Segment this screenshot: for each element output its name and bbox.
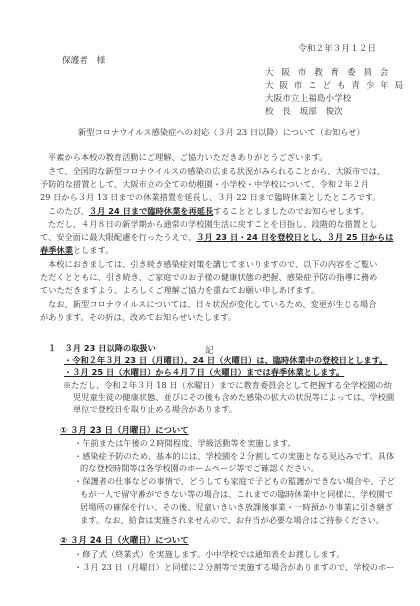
body-paragraph-5-line-3: ていただきますよう、よろしくご理解ご協力を重ねてお願い申しあげます。	[40, 285, 319, 296]
body-paragraph-2-line-1: さて、全国的な新型コロナウイルスの感染の広まる状況がみられることから、大阪市では…	[48, 166, 385, 177]
body-paragraph-4-line-2: て、安全面に最大限配慮を行ったうえで、３月 23 日・24 日を登校日とし、３月…	[40, 232, 393, 243]
school-days-notice: ３月 23 日・24 日を登校日とし、３月 25 日からは	[196, 232, 393, 242]
subsection-2-bullet-1: ・修了式（終業式）を実施します。小中学校では通知表をお渡しします。	[74, 549, 345, 560]
section-1-bullet-1: ・令和２年３月 23 日（月曜日）、24 日（火曜日）は、臨時休業中の登校日とし…	[64, 355, 387, 366]
body-paragraph-6-line-1: なお、新型コロナウイルスについては、日々状況が変化しているため、変更が生じる場合	[48, 299, 377, 310]
body-paragraph-2-line-3: 29 日から３月 13 日までの休業措置を延長し、３月 22 日まで臨時休業とし…	[40, 192, 381, 203]
subsection-1-bullet-1: ・午前または午後の２時間程度、学級活動等を実施します。	[74, 438, 296, 449]
section-1-note-line-3: 単位で登校日を取り止める場合があります。	[73, 404, 237, 415]
sender-children-bureau: 大 阪 市 こ ど も 青 少 年 局	[265, 81, 402, 92]
body-paragraph-5-line-1: 本校におきましては、引き続き感染症対策を講じてまいりますので、以下の内容をご覧い	[48, 259, 377, 270]
subsection-1-bullet-2-line-1: ・感染症予防のため、基本的には、学校園を２分割しての実施となる見込みです。具体	[74, 451, 394, 462]
subsection-1-bullet-3-line-3: 居場所の確保を行い、その後、児童いきいき放課後事業・一時預かり事業に引き継ぎ	[80, 502, 393, 513]
sender-board-of-education: 大 阪 市 教 育 委 員 会	[265, 68, 388, 79]
body-paragraph-3-prefix: このたび、	[48, 206, 89, 216]
body-paragraph-6-line-2: があります。その折は、改めてお知らせいたします。	[40, 312, 236, 323]
subsection-1-heading: ① ３月 23 日（月曜日）について	[60, 425, 189, 436]
body-paragraph-2-line-2: 予防的な措置として、大阪市立の全ての幼稚園・小学校・中学校について、令和２年２月	[40, 179, 369, 190]
extension-notice: ３月 24 日まで臨時休業を再延長	[89, 206, 213, 216]
document-title: 新型コロナウイルス感染症への対応（３月 23 日以降）について（お知らせ）	[78, 127, 365, 138]
sender-principal: 校 長 坂部 俊次	[265, 107, 343, 118]
section-1-note-line-1: ※ただし、令和２年３月 18 日（水曜日）までに教育委員会として把握する全学校園…	[63, 380, 392, 391]
body-paragraph-4-line-3-suffix: とします。	[73, 245, 114, 255]
body-paragraph-3-suffix: することとしましたのでお知らせします。	[213, 206, 369, 216]
body-paragraph-5-line-2: ただくとともに、引き続き、ご家庭でのお子様の健康状態の把握、感染症予防の指導に務…	[40, 272, 377, 283]
sender-school: 大阪市立上福島小学校	[265, 94, 351, 105]
subsection-1-bullet-3-line-2: もが一人で留守番ができない等の場合は、これまでの臨時休業中と同様に、学校園で	[80, 489, 393, 500]
subsection-1-bullet-3-line-4: ます。なお、給食は実施されませんので、お弁当が必要な場合はご持参ください。	[80, 515, 384, 526]
subsection-1-bullet-2-line-2: 的な登校時間等は各学校園のホームページ等でご確認ください。	[80, 463, 319, 474]
section-1-heading: １ ３月 23 日以降の取扱い	[48, 343, 156, 354]
subsection-2-bullet-2-line-1: ・３月 23 日（月曜日）と同様に２分割等で実施する場合がありますので、学校のホ…	[74, 562, 394, 573]
body-paragraph-4-line-3: 春季休業とします。	[40, 245, 114, 256]
body-paragraph-3: このたび、３月 24 日まで臨時休業を再延長することとしましたのでお知らせします…	[48, 206, 369, 217]
spring-break-notice: 春季休業	[40, 245, 73, 255]
subsection-2-heading: ② ３月 24 日（火曜日）について	[60, 535, 189, 546]
section-1-bullet-2: ・３月 25 日（水曜日）から４月７日（火曜日）までは春季休業とします。	[64, 367, 344, 378]
section-1-note-line-2: 児児童生徒の健康状態、並びにその後も含めた感染の拡大の状況等によっては、学校園	[73, 392, 394, 403]
body-paragraph-4-line-1: ただし、４月８日の新学期から通常の学校園生活に戻すことを目指し、段階的な措置とし	[48, 219, 378, 230]
body-paragraph-4-line-2-prefix: て、安全面に最大限配慮を行ったうえで、	[40, 232, 196, 242]
document-date: 令和２年３月１２日	[298, 44, 376, 55]
addressee: 保護者 様	[62, 56, 105, 67]
body-paragraph-1: 平素から本校の教育活動にご理解、ご協力いただきありがとうございます。	[48, 152, 327, 163]
subsection-1-bullet-3-line-1: ・保護者の仕事などの事情で、どうしても家庭で子どもの監護ができない場合や、子ど	[74, 476, 395, 487]
